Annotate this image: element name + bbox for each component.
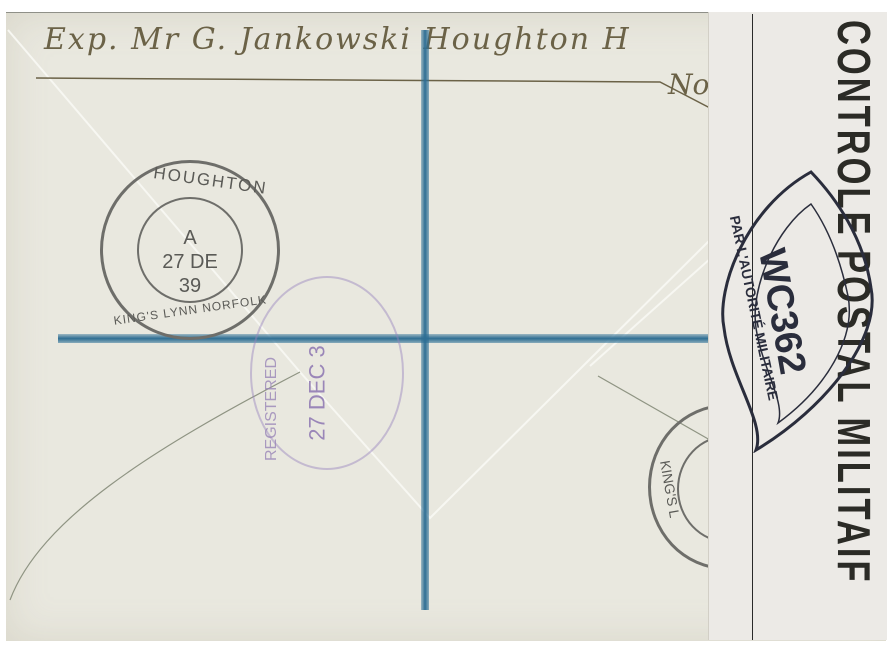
registered-label: REGISTERED (263, 357, 281, 461)
sender-address-line-2: No (668, 68, 709, 101)
postmark-year: 39 (165, 275, 215, 298)
sender-address-line-1: Exp. Mr G. Jankowski Houghton H (44, 22, 631, 57)
registration-cross-vertical (421, 30, 429, 610)
postmark-date: 27 DE (145, 251, 235, 274)
houghton-postmark: HOUGHTON KING'S LYNN NORFOLK A 27 DE 39 (100, 160, 280, 340)
registered-date: 27 DEC 3 (305, 345, 331, 440)
postmark-code: A (175, 227, 205, 250)
